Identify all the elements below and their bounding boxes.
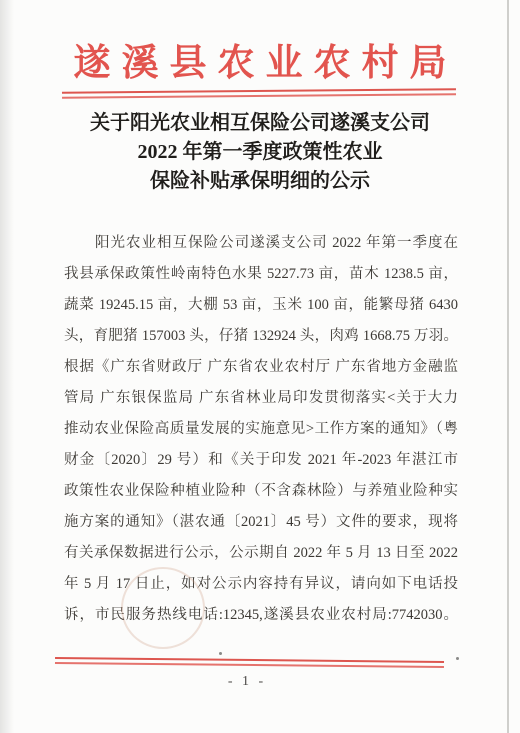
footer-divider <box>55 657 444 668</box>
title-line-2: 2022 年第一季度政策性农业 <box>13 138 507 167</box>
body-line: 有关承保数据进行公示，公示期自 2022 年 5 月 13 日至 2022 <box>64 538 458 569</box>
scanned-notice-page: 遂溪县农业农村局 关于阳光农业相互保险公司遂溪支公司 2022 年第一季度政策性… <box>0 0 520 733</box>
body-line: 根据《广东省财政厅 广东省农业农村厅 广东省地方金融监 <box>64 352 458 383</box>
notice-body: 阳光农业相互保险公司遂溪支公司 2022 年第一季度在 我县承保政策性岭南特色水… <box>64 228 458 631</box>
body-line: 施方案的通知》（湛农通〔2021〕45 号）文件的要求，现将 <box>64 507 458 538</box>
document-title: 关于阳光农业相互保险公司遂溪支公司 2022 年第一季度政策性农业 保险补贴承保… <box>13 109 507 196</box>
title-line-3: 保险补贴承保明细的公示 <box>13 167 507 196</box>
body-line: 我县承保政策性岭南特色水果 5227.73 亩，苗木 1238.5 亩， <box>64 259 458 290</box>
body-line: 政策性农业保险种植业险种（不含森林险）与养殖业险种实 <box>64 476 458 507</box>
letterhead-divider <box>62 88 456 98</box>
body-line: 财金〔2020〕29 号）和《关于印发 2021 年-2023 年湛江市 <box>64 445 458 476</box>
body-line: 阳光农业相互保险公司遂溪支公司 2022 年第一季度在 <box>64 228 458 259</box>
body-line: 蔬菜 19245.15 亩，大棚 53 亩，玉米 100 亩，能繁母猪 6430 <box>64 290 458 321</box>
scan-edge-line <box>507 0 509 733</box>
scan-edge-shadow <box>0 0 14 733</box>
body-line: 头，育肥猪 157003 头，仔猪 132924 头，肉鸡 1668.75 万羽… <box>64 321 458 352</box>
body-line: 管局 广东银保监局 广东省林业局印发贯彻落实<关于大力 <box>64 383 458 414</box>
title-line-1: 关于阳光农业相互保险公司遂溪支公司 <box>13 109 507 138</box>
scan-speck <box>456 657 459 660</box>
agency-letterhead: 遂溪县农业农村局 <box>0 42 520 86</box>
body-line: 年 5 月 17 日止，如对公示内容持有异议，请向如下电话投 <box>64 569 458 600</box>
body-line: 诉，市民服务热线电话:12345,遂溪县农业农村局:7742030。 <box>64 600 458 631</box>
body-line: 推动农业保险高质量发展的实施意见>工作方案的通知》（粤 <box>64 414 458 445</box>
scan-speck <box>219 652 222 655</box>
page-number: - 1 - <box>0 674 494 690</box>
